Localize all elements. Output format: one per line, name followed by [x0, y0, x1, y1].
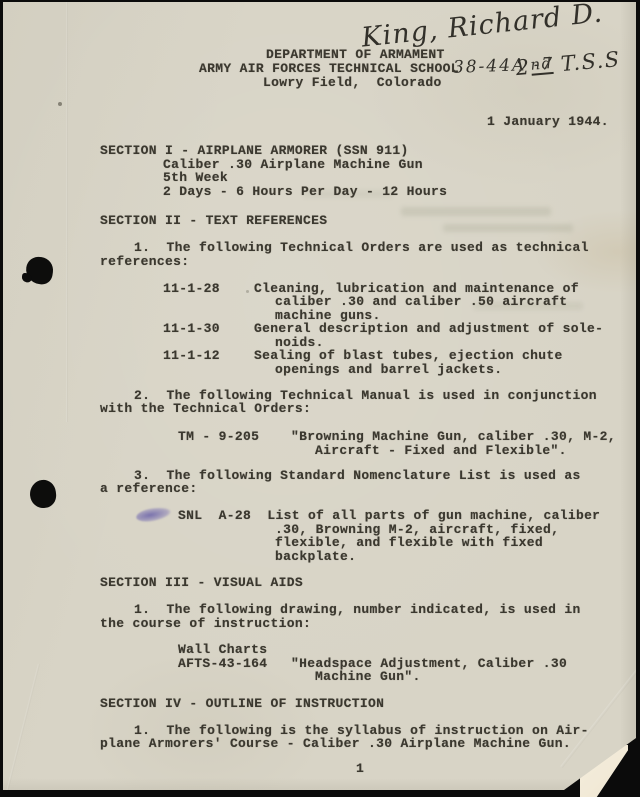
page-number: 1: [356, 762, 364, 775]
section3-para1-line: the course of instruction:: [100, 617, 311, 630]
paper-speck: [246, 290, 249, 293]
section1-line: 2 Days - 6 Hours Per Day - 12 Hours: [163, 185, 447, 198]
tech-order-number: 11-1-28: [163, 282, 220, 295]
section1-title: SECTION I - AIRPLANE ARMORER (SSN 911): [100, 144, 409, 157]
scanned-document: { "document": { "handwritten": { "name":…: [0, 0, 640, 797]
handwritten-unit-suffix: T.S.S: [552, 47, 622, 77]
document-date: 1 January 1944.: [487, 115, 609, 128]
tech-order-number: 11-1-12: [163, 349, 220, 362]
wall-charts-label: Wall Charts: [178, 643, 267, 656]
section2-para3-line: a reference:: [100, 482, 197, 495]
section4-title: SECTION IV - OUTLINE OF INSTRUCTION: [100, 697, 384, 710]
bottom-right-crease: [560, 656, 640, 768]
tech-order-desc: caliber .30 and caliber .50 aircraft: [275, 295, 567, 308]
tm-number: TM - 9-205: [178, 430, 259, 443]
section1-line: 5th Week: [163, 171, 228, 184]
chart-title: Machine Gun".: [315, 670, 421, 683]
tech-order-desc: openings and barrel jackets.: [275, 363, 502, 376]
vertical-fold-line: [66, 2, 68, 422]
section4-para1-line: plane Armorers' Course - Caliber .30 Air…: [100, 737, 571, 750]
ink-bleedthrough: [401, 207, 551, 216]
ink-bleedthrough: [443, 224, 573, 232]
tm-title: Aircraft - Fixed and Flexible".: [315, 444, 567, 457]
tm-title: "Browning Machine Gun, caliber .30, M-2,: [291, 430, 616, 443]
section3-title: SECTION III - VISUAL AIDS: [100, 576, 303, 589]
snl-reference: backplate.: [275, 550, 356, 563]
letterhead-location: Lowry Field, Colorado: [263, 76, 442, 89]
tech-order-number: 11-1-30: [163, 322, 220, 335]
snl-reference: SNL A-28 List of all parts of gun machin…: [178, 509, 600, 522]
letterhead-school: ARMY AIR FORCES TECHNICAL SCHOOL: [199, 62, 459, 75]
document-paper: King, Richard D. 2nd T.S.S 38-44A -7 DEP…: [3, 2, 636, 790]
letterhead-department: DEPARTMENT OF ARMAMENT: [266, 48, 445, 61]
tech-order-desc: General description and adjustment of so…: [254, 322, 603, 335]
paper-speck: [58, 102, 62, 106]
section3-para1-line: 1. The following drawing, number indicat…: [134, 603, 581, 616]
section2-para1-line: 1. The following Technical Orders are us…: [134, 241, 589, 254]
handwritten-class-code: 38-44A -7: [453, 56, 555, 77]
tech-order-desc: Sealing of blast tubes, ejection chute: [254, 349, 563, 362]
chart-number: AFTS-43-164: [178, 657, 267, 670]
purple-ink-smudge: [135, 505, 172, 524]
punch-hole-bottom: [29, 479, 58, 510]
bottom-left-crease: [4, 664, 40, 797]
snl-reference: flexible, and flexible with fixed: [275, 536, 543, 549]
section2-para2-line: with the Technical Orders:: [100, 402, 311, 415]
section2-title: SECTION II - TEXT REFERENCES: [100, 214, 327, 227]
section2-para3-line: 3. The following Standard Nomenclature L…: [134, 469, 581, 482]
punch-hole-top: [24, 255, 54, 285]
section2-para1-line: references:: [100, 255, 189, 268]
